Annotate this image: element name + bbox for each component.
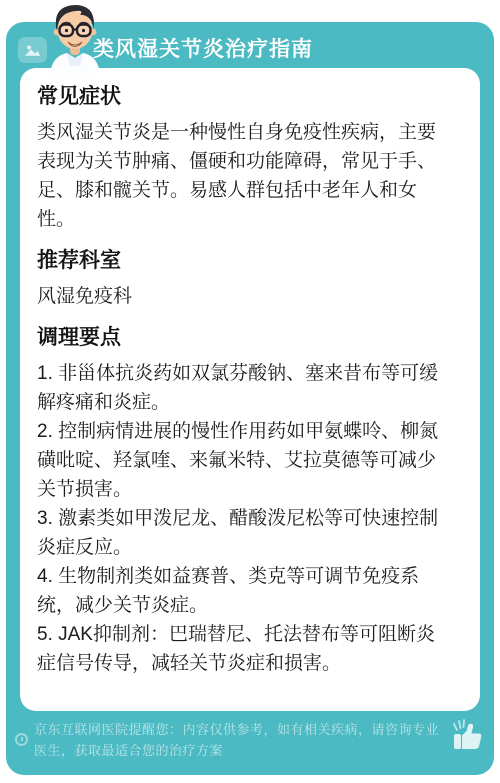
care-list: 1. 非甾体抗炎药如双氯芬酸钠、塞来昔布等可缓解疼痛和炎症。 2. 控制病情进展… bbox=[37, 359, 449, 678]
footer-disclaimer: 京东互联网医院提醒您：内容仅供参考，如有相关疾病，请咨询专业医生，获取最适合您的… bbox=[34, 719, 446, 761]
content-card: 常见症状 类风湿关节炎是一种慢性自身免疫性疾病，主要表现为关节肿痛、僵硬和功能障… bbox=[20, 68, 480, 711]
section-heading-department: 推荐科室 bbox=[37, 248, 449, 274]
section-heading-care: 调理要点 bbox=[37, 325, 449, 351]
thumbs-up-icon[interactable] bbox=[448, 714, 488, 756]
symptoms-body: 类风湿关节炎是一种慢性自身免疫性疾病，主要表现为关节肿痛、僵硬和功能障碍，常见于… bbox=[37, 118, 449, 234]
care-item-3: 3. 激素类如甲泼尼龙、醋酸泼尼松等可快速控制炎症反应。 bbox=[37, 504, 449, 562]
care-item-1: 1. 非甾体抗炎药如双氯芬酸钠、塞来昔布等可缓解疼痛和炎症。 bbox=[37, 359, 449, 417]
page-title: 类风湿关节炎治疗指南 bbox=[93, 33, 313, 63]
section-heading-symptoms: 常见症状 bbox=[37, 84, 449, 110]
care-item-2: 2. 控制病情进展的慢性作用药如甲氨蝶呤、柳氮磺吡啶、羟氯喹、来氟米特、艾拉莫德… bbox=[37, 417, 449, 504]
department-body: 风湿免疫科 bbox=[37, 282, 449, 311]
care-item-5: 5. JAK抑制剂：巴瑞替尼、托法替布等可阻断炎症信号传导，减轻关节炎症和损害。 bbox=[37, 620, 449, 678]
doctor-avatar bbox=[32, 2, 118, 74]
info-icon bbox=[15, 733, 28, 746]
care-item-4: 4. 生物制剂类如益赛普、类克等可调节免疫系统，减少关节炎症。 bbox=[37, 562, 449, 620]
